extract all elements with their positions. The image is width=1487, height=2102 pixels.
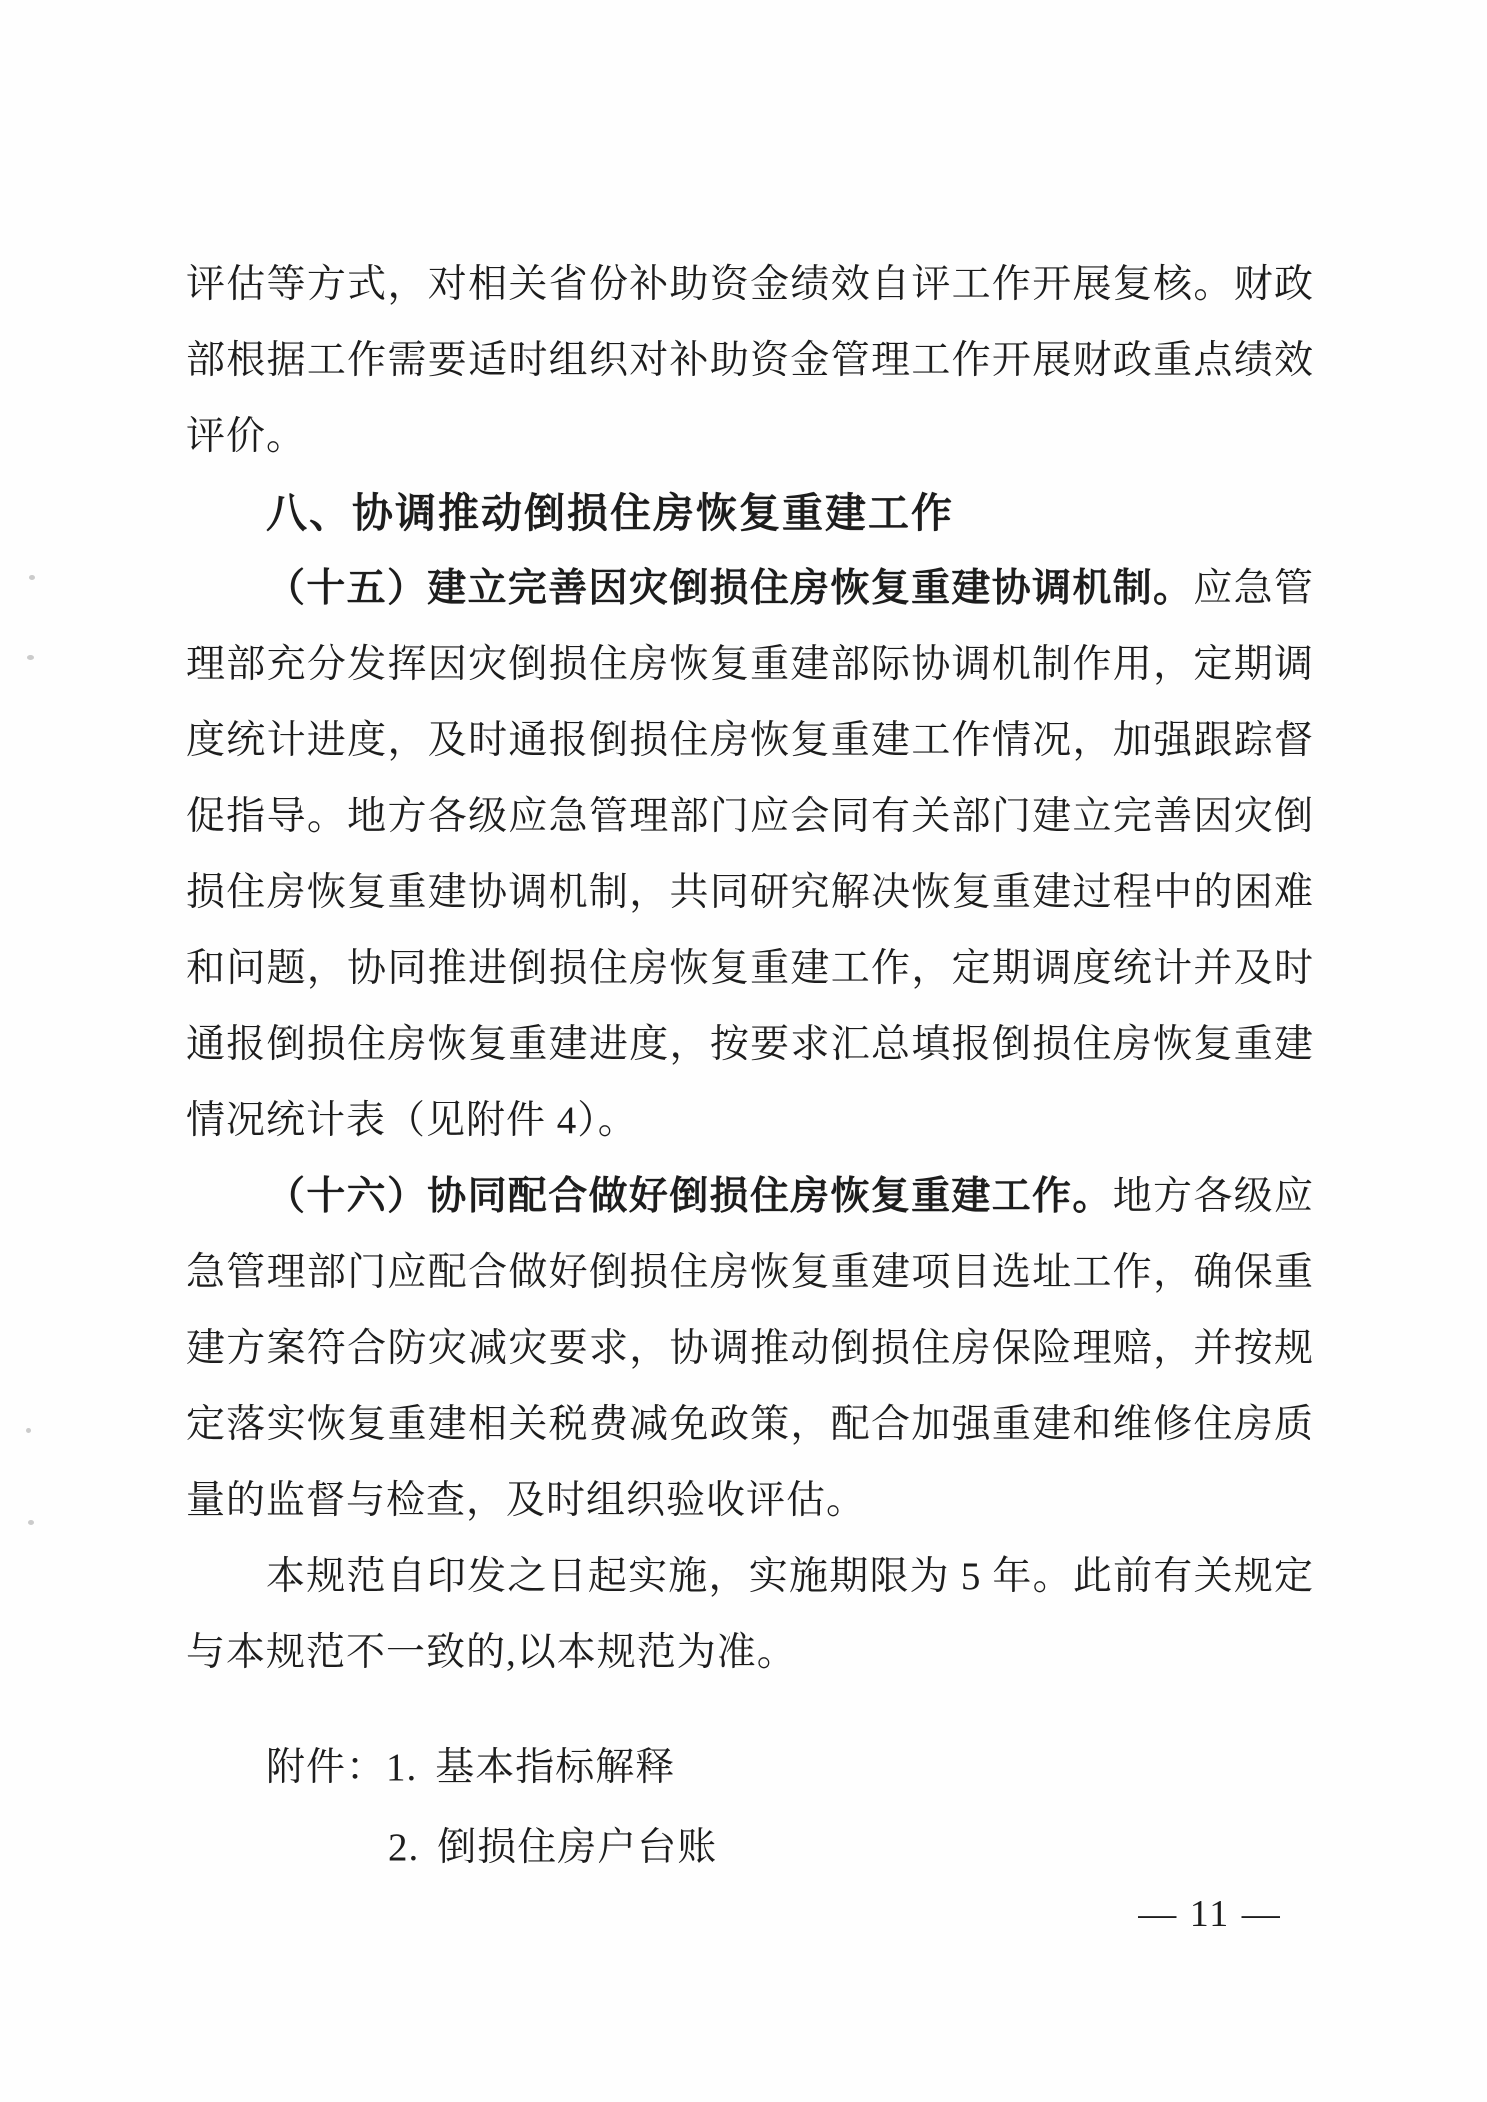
body-text: 评价。	[186, 415, 306, 458]
attachment-number: 1.	[386, 1728, 417, 1808]
body-text: 急管理部门应配合做好倒损住房恢复重建项目选址工作，确保重	[186, 1251, 1314, 1294]
scan-artifact	[27, 655, 34, 660]
body-text: 定落实恢复重建相关税费减免政策，配合加强重建和维修住房质	[186, 1403, 1314, 1446]
body-text: 促指导。地方各级应急管理部门应会同有关部门建立完善因灾倒	[186, 795, 1314, 838]
scan-artifact	[26, 1428, 31, 1433]
body-text: 理部充分发挥因灾倒损住房恢复重建部际协调机制作用，定期调	[186, 643, 1314, 686]
attachment-number: 2.	[388, 1808, 419, 1888]
body-text: 和问题，协同推进倒损住房恢复重建工作，定期调度统计并及时	[186, 947, 1314, 990]
attachment-item-1: 附件：1.基本指标解释	[266, 1728, 717, 1808]
body-text: 本规范自印发之日起实施，实施期限为 5 年。此前有关规定	[266, 1555, 1314, 1598]
body-text: 量的监督与检查，及时组织验收评估。	[186, 1479, 866, 1522]
body-text: 损住房恢复重建协调机制，共同研究解决恢复重建过程中的困难	[186, 871, 1314, 914]
scan-artifact	[29, 575, 35, 580]
body-line-13: （十六）协同配合做好倒损住房恢复重建工作。地方各级应	[186, 1159, 1314, 1235]
section-heading: 八、协调推动倒损住房恢复重建工作	[186, 475, 1314, 551]
body-text: 地方各级应	[1113, 1175, 1314, 1218]
emphasis-text: 八、协调推动倒损住房恢复重建工作	[266, 490, 954, 536]
body-text: 应急管	[1193, 567, 1314, 610]
emphasis-text: （十六）协同配合做好倒损住房恢复重建工作。	[266, 1175, 1113, 1218]
body-text: 情况统计表（见附件 4）。	[186, 1099, 638, 1142]
body-line-3: 评价。	[186, 399, 1314, 475]
body-text: 部根据工作需要适时组织对补助资金管理工作开展财政重点绩效	[186, 339, 1314, 382]
body-text: 通报倒损住房恢复重建进度，按要求汇总填报倒损住房恢复重建	[186, 1023, 1314, 1066]
body-line-11: 通报倒损住房恢复重建进度，按要求汇总填报倒损住房恢复重建	[186, 1007, 1314, 1083]
document-body: 评估等方式，对相关省份补助资金绩效自评工作开展复核。财政部根据工作需要适时组织对…	[186, 247, 1314, 1691]
body-line-7: 度统计进度，及时通报倒损住房恢复重建工作情况，加强跟踪督	[186, 703, 1314, 779]
body-line-16: 定落实恢复重建相关税费减免政策，配合加强重建和维修住房质	[186, 1387, 1314, 1463]
body-line-8: 促指导。地方各级应急管理部门应会同有关部门建立完善因灾倒	[186, 779, 1314, 855]
body-text: 建方案符合防灾减灾要求，协调推动倒损住房保险理赔，并按规	[186, 1327, 1314, 1370]
scanned-document-page: 评估等方式，对相关省份补助资金绩效自评工作开展复核。财政部根据工作需要适时组织对…	[0, 0, 1487, 2102]
body-line-5: （十五）建立完善因灾倒损住房恢复重建协调机制。应急管	[186, 551, 1314, 627]
body-line-1: 评估等方式，对相关省份补助资金绩效自评工作开展复核。财政	[186, 247, 1314, 323]
attachment-item-2: 2.倒损住房户台账	[388, 1808, 717, 1888]
body-line-10: 和问题，协同推进倒损住房恢复重建工作，定期调度统计并及时	[186, 931, 1314, 1007]
body-line-12: 情况统计表（见附件 4）。	[186, 1083, 1314, 1159]
scan-artifact	[28, 1520, 34, 1525]
attachments-block: 附件：1.基本指标解释2.倒损住房户台账	[266, 1728, 717, 1888]
emphasis-text: （十五）建立完善因灾倒损住房恢复重建协调机制。	[266, 567, 1193, 610]
body-text: 评估等方式，对相关省份补助资金绩效自评工作开展复核。财政	[186, 263, 1314, 306]
body-line-2: 部根据工作需要适时组织对补助资金管理工作开展财政重点绩效	[186, 323, 1314, 399]
attachments-label: 附件：	[266, 1746, 386, 1789]
attachment-title: 倒损住房户台账	[437, 1826, 717, 1869]
body-text: 与本规范不一致的,以本规范为准。	[186, 1631, 797, 1674]
body-line-6: 理部充分发挥因灾倒损住房恢复重建部际协调机制作用，定期调	[186, 627, 1314, 703]
body-line-19: 与本规范不一致的,以本规范为准。	[186, 1615, 1314, 1691]
body-line-14: 急管理部门应配合做好倒损住房恢复重建项目选址工作，确保重	[186, 1235, 1314, 1311]
body-line-18: 本规范自印发之日起实施，实施期限为 5 年。此前有关规定	[186, 1539, 1314, 1615]
attachment-title: 基本指标解释	[435, 1746, 675, 1789]
body-text: 度统计进度，及时通报倒损住房恢复重建工作情况，加强跟踪督	[186, 719, 1314, 762]
body-line-15: 建方案符合防灾减灾要求，协调推动倒损住房保险理赔，并按规	[186, 1311, 1314, 1387]
body-line-9: 损住房恢复重建协调机制，共同研究解决恢复重建过程中的困难	[186, 855, 1314, 931]
page-number: — 11 —	[1120, 1892, 1300, 1936]
body-line-17: 量的监督与检查，及时组织验收评估。	[186, 1463, 1314, 1539]
